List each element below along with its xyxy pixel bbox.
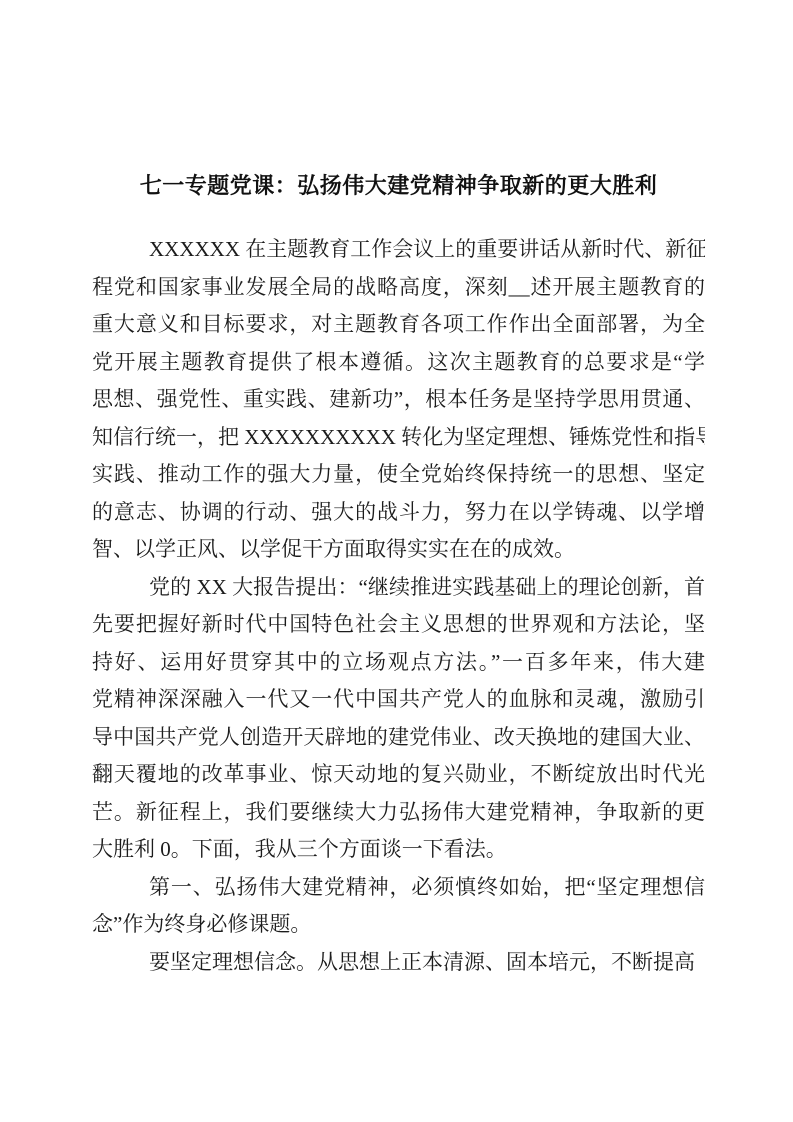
document-page: 七一专题党课：弘扬伟大建党精神争取新的更大胜利 XXXXXX 在主题教育工作会议…	[0, 0, 793, 1122]
paragraph-line: 先要把握好新时代中国特色社会主义思想的世界观和方法论，坚	[92, 606, 705, 644]
document-body: 七一专题党课：弘扬伟大建党精神争取新的更大胜利 XXXXXX 在主题教育工作会议…	[92, 170, 705, 981]
paragraph-line: 念”作为终身必修课题。	[92, 906, 705, 944]
paragraph-line: 智、以学正风、以学促干方面取得实实在在的成效。	[92, 531, 705, 569]
document-title: 七一专题党课：弘扬伟大建党精神争取新的更大胜利	[92, 170, 705, 202]
paragraph-line: 大胜利 0。下面，我从三个方面谈一下看法。	[92, 831, 705, 869]
paragraph-line: 党开展主题教育提供了根本遵循。这次主题教育的总要求是“学	[92, 344, 705, 382]
paragraph-line: 程党和国家事业发展全局的战略高度，深刻__述开展主题教育的	[92, 269, 705, 307]
paragraph-line: 实践、推动工作的强大力量，使全党始终保持统一的思想、坚定	[92, 456, 705, 494]
paragraph-line: 第一、弘扬伟大建党精神，必须慎终如始，把“坚定理想信	[92, 869, 705, 907]
paragraph-line: 导中国共产党人创造开天辟地的建党伟业、改天换地的建国大业、	[92, 719, 705, 757]
paragraph-line: XXXXXX 在主题教育工作会议上的重要讲话从新时代、新征	[92, 231, 705, 269]
paragraph-line: 持好、运用好贯穿其中的立场观点方法。”一百多年来，伟大建	[92, 644, 705, 682]
paragraph-line: 知信行统一，把 XXXXXXXXXX 转化为坚定理想、锤炼党性和指导	[92, 419, 705, 457]
paragraph-line: 思想、强党性、重实践、建新功”，根本任务是坚持学思用贯通、	[92, 381, 705, 419]
paragraph-line: 党的 XX 大报告提出：“继续推进实践基础上的理论创新，首	[92, 569, 705, 607]
paragraph-line: 党精神深深融入一代又一代中国共产党人的血脉和灵魂，激励引	[92, 681, 705, 719]
paragraph-line: 芒。新征程上，我们要继续大力弘扬伟大建党精神，争取新的更	[92, 794, 705, 832]
paragraph-line: 的意志、协调的行动、强大的战斗力，努力在以学铸魂、以学增	[92, 494, 705, 532]
paragraph-line: 重大意义和目标要求，对主题教育各项工作作出全面部署，为全	[92, 306, 705, 344]
paragraph-line: 翻天覆地的改革事业、惊天动地的复兴勋业，不断绽放出时代光	[92, 756, 705, 794]
paragraph-line: 要坚定理想信念。从思想上正本清源、固本培元，不断提高	[92, 944, 705, 982]
